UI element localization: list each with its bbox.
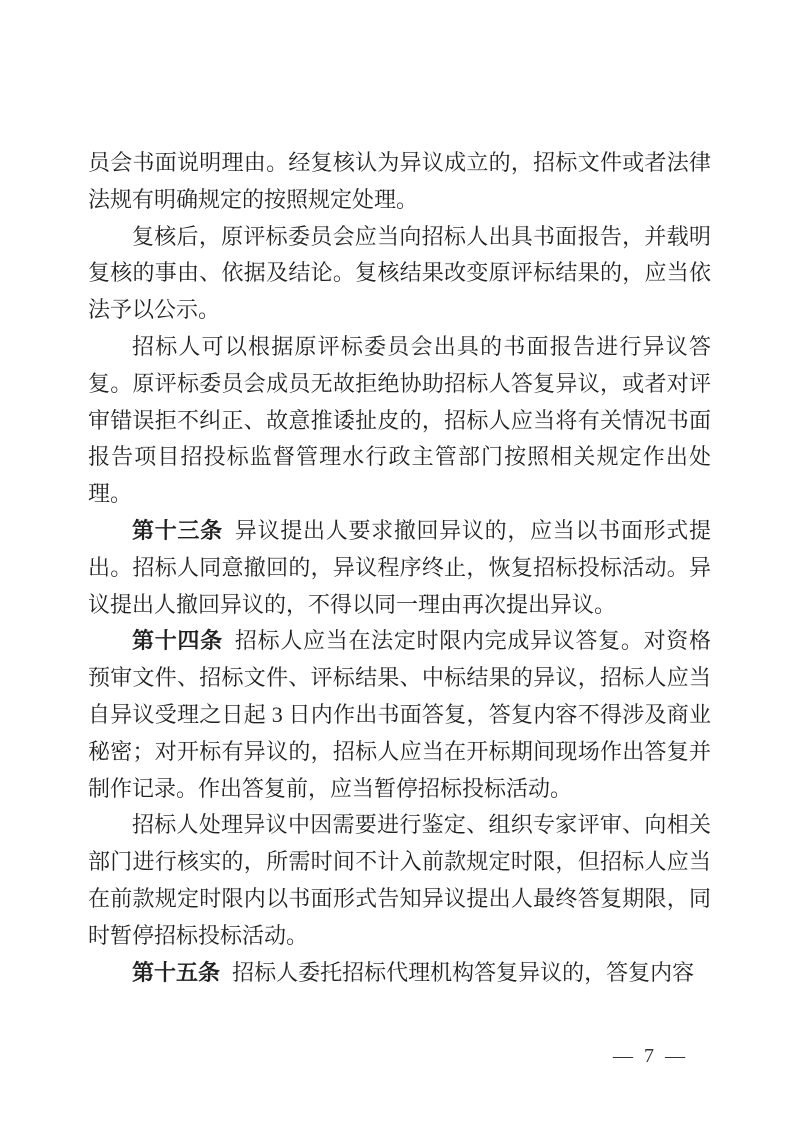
paragraph-text: 复核后，原评标委员会应当向招标人出具书面报告，并载明复核的事由、依据及结论。复核…	[88, 224, 711, 323]
article-number: 第十五条	[132, 960, 220, 985]
paragraph: 招标人可以根据原评标委员会出具的书面报告进行异议答复。原评标委员会成员无故拒绝协…	[88, 329, 711, 513]
paragraph-text: 员会书面说明理由。经复核认为异议成立的，招标文件或者法律法规有明确规定的按照规定…	[88, 150, 711, 212]
paragraph: 招标人处理异议中因需要进行鉴定、组织专家评审、向相关部门进行核实的，所需时间不计…	[88, 807, 711, 954]
paragraph-text: 招标人应当在法定时限内完成异议答复。对资格预审文件、招标文件、评标结果、中标结果…	[88, 628, 711, 800]
paragraph-text: 招标人可以根据原评标委员会出具的书面报告进行异议答复。原评标委员会成员无故拒绝协…	[88, 334, 711, 506]
paragraph-article-15: 第十五条招标人委托招标代理机构答复异议的，答复内容	[88, 955, 711, 992]
paragraph-continuation: 员会书面说明理由。经复核认为异议成立的，招标文件或者法律法规有明确规定的按照规定…	[88, 145, 711, 219]
paragraph-text: 招标人处理异议中因需要进行鉴定、组织专家评审、向相关部门进行核实的，所需时间不计…	[88, 812, 711, 947]
article-number: 第十三条	[132, 518, 223, 543]
article-number: 第十四条	[132, 628, 223, 653]
paragraph-article-13: 第十三条异议提出人要求撤回异议的，应当以书面形式提出。招标人同意撤回的，异议程序…	[88, 513, 711, 623]
paragraph-article-14: 第十四条招标人应当在法定时限内完成异议答复。对资格预审文件、招标文件、评标结果、…	[88, 623, 711, 807]
paragraph-text: 招标人委托招标代理机构答复异议的，答复内容	[232, 960, 694, 985]
document-page: 员会书面说明理由。经复核认为异议成立的，招标文件或者法律法规有明确规定的按照规定…	[0, 0, 793, 1122]
page-number: — 7 —	[613, 1045, 688, 1067]
document-body: 员会书面说明理由。经复核认为异议成立的，招标文件或者法律法规有明确规定的按照规定…	[88, 145, 711, 991]
paragraph: 复核后，原评标委员会应当向招标人出具书面报告，并载明复核的事由、依据及结论。复核…	[88, 219, 711, 329]
page-footer: — 7 —	[581, 1023, 688, 1089]
